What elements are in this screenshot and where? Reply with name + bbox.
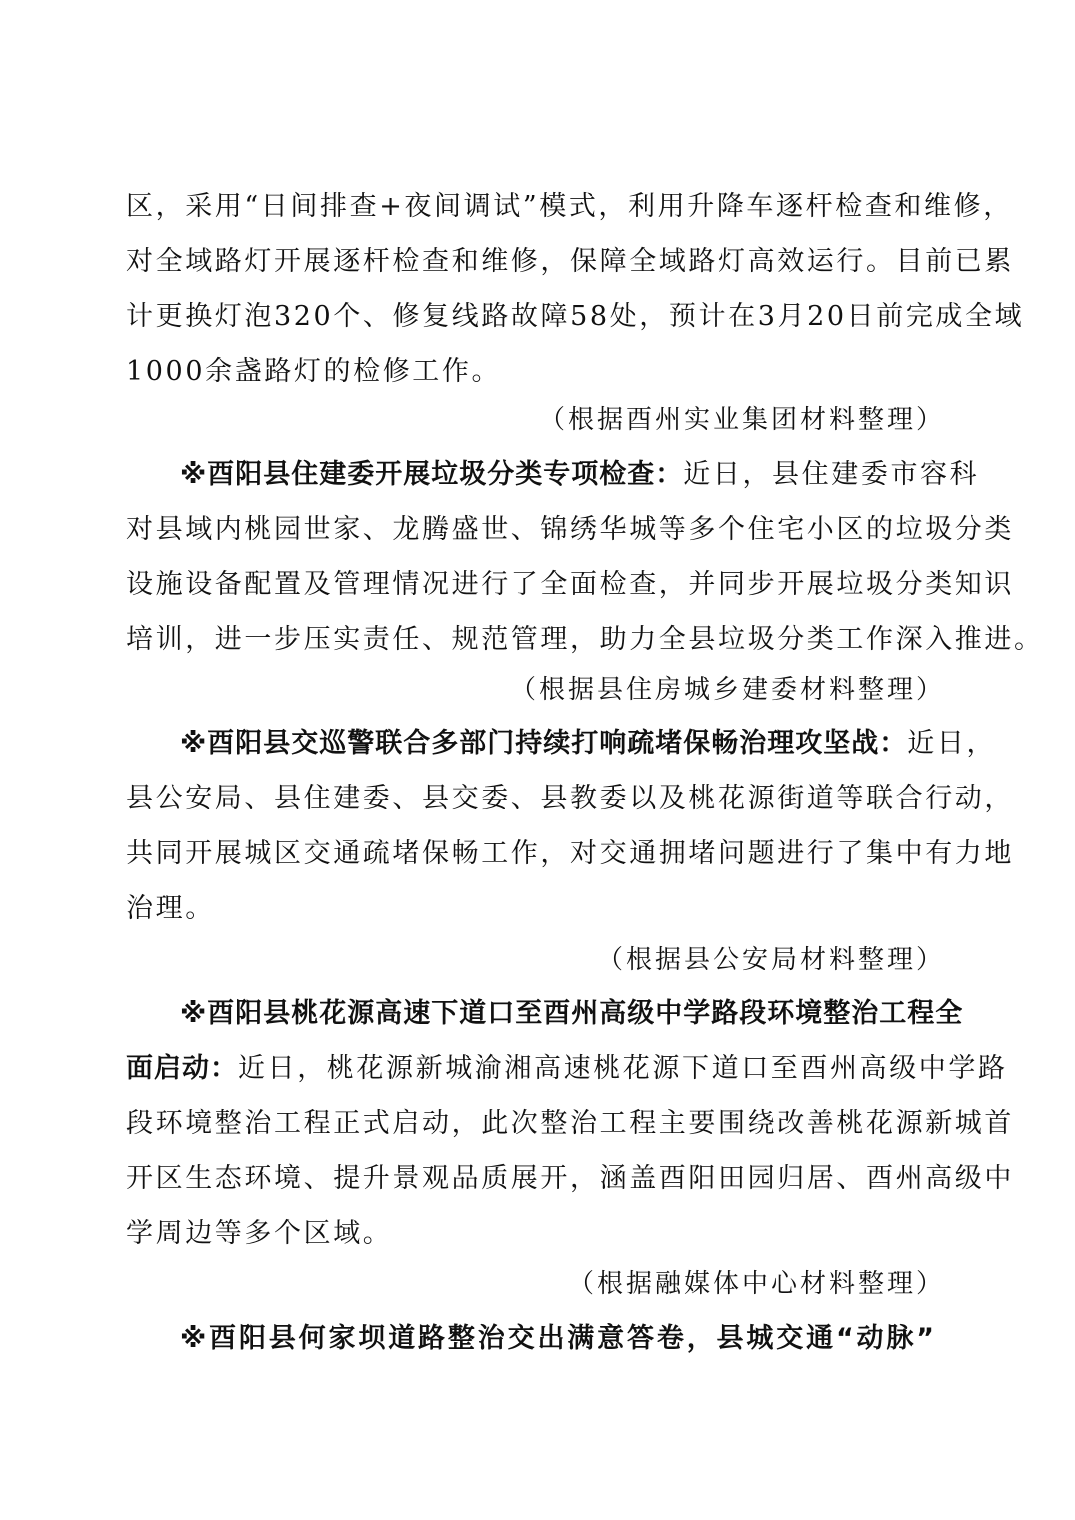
para1-line-2: 对全域路灯开展逐杆检查和维修，保障全域路灯高效运行。目前已累 bbox=[126, 245, 946, 279]
para5-title: ※酉阳县何家坝道路整治交出满意答卷，县城交通“动脉” bbox=[180, 1322, 935, 1356]
para2-first-line-rest: 近日，县住建委市容科 bbox=[683, 459, 979, 490]
para4-title-line-2: 面启动： bbox=[126, 1053, 238, 1084]
para2-line-2: 对县域内桃园世家、龙腾盛世、锦绣华城等多个住宅小区的垃圾分类 bbox=[126, 513, 946, 547]
para3-first-line-rest: 近日， bbox=[907, 728, 996, 759]
para1-line-1: 区，采用“日间排查+夜间调试”模式，利用升降车逐杆检查和维修， bbox=[126, 190, 946, 224]
para2-line-4: 培训，进一步压实责任、规范管理，助力全县垃圾分类工作深入推进。 bbox=[126, 623, 961, 657]
document-page: 区，采用“日间排查+夜间调试”模式，利用升降车逐杆检查和维修， 对全域路灯开展逐… bbox=[0, 0, 1075, 1520]
para1-line-4: 1000余盏路灯的检修工作。 bbox=[126, 355, 946, 389]
para2-line-1: ※酉阳县住建委开展垃圾分类专项检查：近日，县住建委市容科 bbox=[180, 458, 945, 492]
para2-title: ※酉阳县住建委开展垃圾分类专项检查： bbox=[180, 459, 683, 490]
para3-source: （根据县公安局材料整理） bbox=[597, 943, 945, 977]
para4-line-3: 段环境整治工程正式启动，此次整治工程主要围绕改善桃花源新城首 bbox=[126, 1107, 946, 1141]
para2-source: （根据县住房城乡建委材料整理） bbox=[510, 673, 945, 707]
para3-title: ※酉阳县交巡警联合多部门持续打响疏堵保畅治理攻坚战： bbox=[180, 728, 907, 759]
para1-source: （根据酉州实业集团材料整理） bbox=[539, 403, 945, 437]
para3-line-2: 县公安局、县住建委、县交委、县教委以及桃花源街道等联合行动， bbox=[126, 782, 946, 816]
para4-line-5: 学周边等多个区域。 bbox=[126, 1217, 946, 1251]
para4-source: （根据融媒体中心材料整理） bbox=[568, 1267, 945, 1301]
para4-line-4: 开区生态环境、提升景观品质展开，涵盖酉阳田园归居、酉州高级中 bbox=[126, 1162, 946, 1196]
para2-line-3: 设施设备配置及管理情况进行了全面检查，并同步开展垃圾分类知识 bbox=[126, 568, 946, 602]
para3-line-1: ※酉阳县交巡警联合多部门持续打响疏堵保畅治理攻坚战：近日， bbox=[180, 727, 955, 761]
para4-second-line-rest: 近日，桃花源新城渝湘高速桃花源下道口至酉州高级中学路 bbox=[238, 1053, 1008, 1084]
para1-line-3: 计更换灯泡320个、修复线路故障58处，预计在3月20日前完成全域 bbox=[126, 300, 946, 334]
para3-line-4: 治理。 bbox=[126, 892, 946, 926]
para3-line-3: 共同开展城区交通疏堵保畅工作，对交通拥堵问题进行了集中有力地 bbox=[126, 837, 946, 871]
para4-title-line-1: ※酉阳县桃花源高速下道口至酉州高级中学路段环境整治工程全 bbox=[180, 997, 945, 1031]
para4-line-2: 面启动：近日，桃花源新城渝湘高速桃花源下道口至酉州高级中学路 bbox=[126, 1052, 946, 1086]
